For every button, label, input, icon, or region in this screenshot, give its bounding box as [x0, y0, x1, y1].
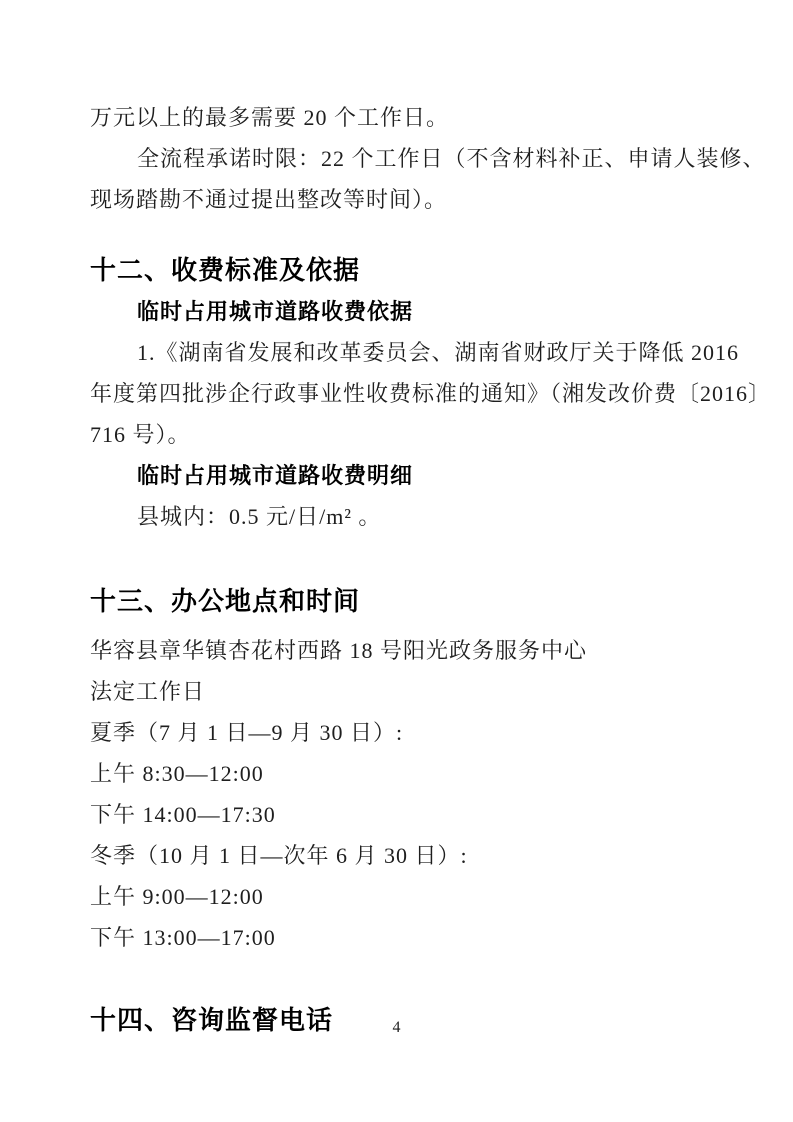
- section-13-summer-am: 上午 8:30—12:00: [90, 753, 723, 794]
- section-13-winter-am: 上午 9:00—12:00: [90, 876, 723, 917]
- section-12-fee-detail: 县城内：0.5 元/日/m² 。: [90, 496, 723, 537]
- section-12-basis-subheading: 临时占用城市道路收费依据: [90, 291, 723, 332]
- section-13-workdays: 法定工作日: [90, 671, 723, 712]
- section-12-citation-line-3: 716 号）。: [90, 414, 723, 455]
- section-12-heading: 十二、收费标准及依据: [90, 250, 723, 291]
- page-number: 4: [0, 1018, 793, 1038]
- document-page: 万元以上的最多需要 20 个工作日。 全流程承诺时限：22 个工作日（不含材料补…: [0, 0, 793, 1122]
- section-13-address: 华容县章华镇杏花村西路 18 号阳光政务服务中心: [90, 630, 723, 671]
- section-13-summer-pm: 下午 14:00—17:30: [90, 794, 723, 835]
- intro-line-3: 现场踏勘不通过提出整改等时间）。: [90, 179, 723, 220]
- section-13-heading: 十三、办公地点和时间: [90, 581, 723, 622]
- section-13-summer-label: 夏季（7 月 1 日—9 月 30 日）:: [90, 712, 723, 753]
- section-13-winter-label: 冬季（10 月 1 日—次年 6 月 30 日）:: [90, 835, 723, 876]
- intro-line-1: 万元以上的最多需要 20 个工作日。: [90, 97, 723, 138]
- section-12-detail-subheading: 临时占用城市道路收费明细: [90, 455, 723, 496]
- section-12-citation-line-2: 年度第四批涉企行政事业性收费标准的通知》（湘发改价费〔2016〕: [90, 373, 723, 414]
- section-13-winter-pm: 下午 13:00—17:00: [90, 917, 723, 958]
- intro-line-2: 全流程承诺时限：22 个工作日（不含材料补正、申请人装修、: [90, 138, 723, 179]
- section-12-citation-line-1: 1.《湖南省发展和改革委员会、湖南省财政厅关于降低 2016: [90, 332, 723, 373]
